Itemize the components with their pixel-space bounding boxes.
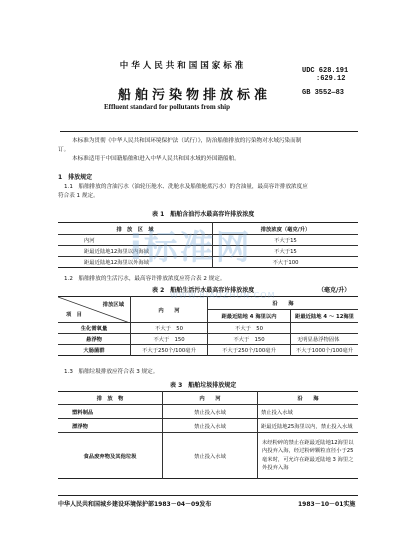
table-row: 塑料制品 禁止投入水域 禁止投入水域 bbox=[58, 405, 358, 419]
gb-number: GB 3552—83 bbox=[302, 89, 344, 97]
issue-date: 中华人民共和国城乡建设环境保护部1983－04－09发布 bbox=[58, 499, 211, 508]
table3-caption: 表 3 船舶垃圾排放规定 bbox=[170, 380, 236, 389]
udc-line-2: :629.12 bbox=[302, 75, 348, 83]
table2-unit: （毫克/升） bbox=[318, 285, 350, 294]
table3-header-inland: 内 河 bbox=[163, 392, 258, 405]
table1-caption: 表 1 船舶含油污水最高容许排放浓度 bbox=[152, 209, 254, 218]
section-1-heading: 1 排放规定 bbox=[58, 172, 92, 181]
table-row: 生化需氧量 不大于 50 不大于 50 bbox=[58, 323, 358, 334]
table2-corner-cell: 排放区域 项 目 bbox=[58, 297, 131, 323]
header-divider bbox=[60, 131, 358, 132]
udc-code: UDC 628.191 :629.12 bbox=[302, 67, 348, 83]
table2-sub-within4: 距最近陆地 4 海里以内 bbox=[208, 310, 291, 323]
table3-header-item: 排 放 物 bbox=[58, 392, 163, 405]
table2-corner-top: 排放区域 bbox=[103, 300, 124, 308]
table2-sub-4to12: 距最近陆地 4 ～ 12海里 bbox=[291, 310, 359, 323]
clause-1-3: 1.3 船舶垃圾排放应符合表 3 规定。 bbox=[58, 368, 358, 377]
intro-paragraph-1: 本标准为贯彻《中华人民共和国环境保护法（试行）》，防治船舶排放的污染物对水域污染… bbox=[58, 137, 358, 146]
document-title: 船舶污染物排放标准 bbox=[118, 84, 271, 103]
table3-header-coastal: 沿 海 bbox=[258, 392, 359, 405]
clause-1-1: 1.1 船舶排放的含油污水（油轮压舱水、洗舱水及船舶舱底污水）的含油量，最高容许… bbox=[58, 183, 358, 192]
intro-paragraph-2: 本标准适用于中国籍船舶和进入中华人民共和国水域的外国籍船舶。 bbox=[58, 155, 358, 164]
english-title: Effluent standard for pollutants from sh… bbox=[104, 103, 230, 111]
table2-corner-bottom: 项 目 bbox=[66, 310, 82, 318]
clause-1-1-cont: 符合表 1 规定。 bbox=[58, 192, 358, 201]
table-row: 食品废弃物及其他垃圾 禁止投入水域 未经粉碎的禁止在距最近陆地12海里以内投弃入… bbox=[58, 433, 358, 479]
intro-paragraph-1-cont: 订。 bbox=[58, 146, 358, 155]
table-row: 悬浮物 不大于 150 不大于 150 无明显悬浮物固体 bbox=[58, 334, 358, 345]
udc-line-1: UDC 628.191 bbox=[302, 67, 348, 75]
effective-date: 1983－10－01实施 bbox=[298, 499, 355, 508]
table2: 排放区域 项 目 内 河 沿 海 距最近陆地 4 海里以内 距最近陆地 4 ～ … bbox=[58, 296, 358, 356]
table3: 排 放 物 内 河 沿 海 塑料制品 禁止投入水域 禁止投入水域 漂浮物 禁止投… bbox=[58, 391, 358, 479]
watermark-logo: i标准网 bbox=[130, 220, 252, 269]
clause-1-2: 1.2 船舶排放的生活污水，最高容许排放浓度应符合表 2 规定。 bbox=[58, 275, 358, 284]
table-row: 漂浮物 禁止投入水域 距最近陆地25海里以内，禁止投入水域 bbox=[58, 419, 358, 433]
footer-divider bbox=[58, 495, 358, 496]
table2-col-inland: 内 河 bbox=[131, 297, 208, 323]
table-row: 大肠菌群 不大于250个/100毫升 不大于250个/100毫升 不大于1000… bbox=[58, 345, 358, 356]
watermark-url: WWW.BIAOZHUN.COM bbox=[170, 291, 276, 300]
